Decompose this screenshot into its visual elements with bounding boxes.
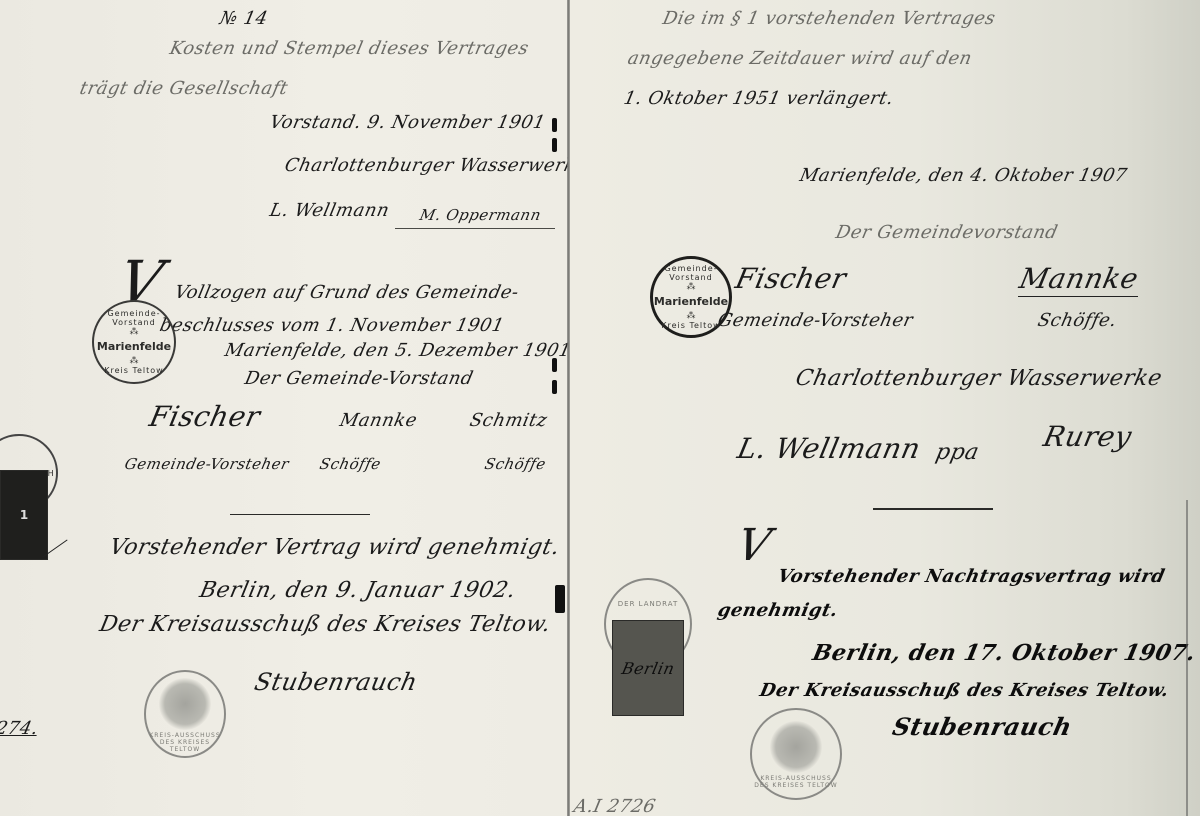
approval-line-3: Berlin, den 17. Oktober 1907. xyxy=(810,640,1198,666)
district-committee-seal: KREIS-AUSSCHUSS DES KREISES TELTOW xyxy=(750,708,842,800)
approval-signature: Stubenrauch xyxy=(252,668,420,696)
eagle-emblem-icon xyxy=(770,721,822,773)
section-divider xyxy=(230,514,370,515)
extension-line-3: 1. Oktober 1951 verlängert. xyxy=(622,88,896,109)
revenue-stamp: 1 xyxy=(0,470,48,560)
binding-mark xyxy=(552,118,557,132)
right-page: Die im § 1 vorstehenden Vertrages angege… xyxy=(568,0,1200,816)
company-signature-1: L. Wellmann xyxy=(268,200,392,221)
document-number: № 14 xyxy=(218,8,270,29)
execution-line-2: beschlusses vom 1. November 1901 xyxy=(158,315,506,336)
signature-underline xyxy=(1018,296,1138,297)
council-heading: Der Gemeindevorstand xyxy=(834,222,1060,243)
margin-reference: A.I 2726 xyxy=(572,796,658,816)
company-name: Charlottenburger Wasserwerke xyxy=(283,155,589,176)
ornament-icon: ⁂ xyxy=(687,311,696,321)
company-signature-2: M. Oppermann xyxy=(418,206,543,224)
extension-line-1: Die im § 1 vorstehenden Vertrages xyxy=(661,8,998,29)
district-committee-seal: KREIS-AUSSCHUSS DES KREISES TELTOW xyxy=(144,670,226,758)
place-date: Marienfelde, den 4. Oktober 1907 xyxy=(798,165,1129,186)
left-page: № 14 Kosten und Stempel dieses Vertrages… xyxy=(0,0,568,816)
binding-mark xyxy=(552,358,557,372)
municipal-seal-marienfelde: Gemeinde-Vorstand ⁂ Marienfelde ⁂ Kreis … xyxy=(92,300,176,384)
signature-mannke: Mannke xyxy=(1016,262,1141,295)
approval-line-4: Der Kreisausschuß des Kreises Teltow. xyxy=(758,680,1171,701)
title-schoeffe: Schöffe. xyxy=(1036,310,1119,331)
approval-line-1: Vorstehender Vertrag wird genehmigt. xyxy=(107,535,562,560)
section-divider xyxy=(873,508,993,510)
revenue-stamp: Berlin xyxy=(612,620,684,716)
binding-mark xyxy=(552,380,557,394)
company-signature-wellmann: L. Wellmann xyxy=(734,432,923,465)
place-date: Vorstand. 9. November 1901 xyxy=(268,112,548,133)
signature-underline xyxy=(395,228,555,229)
title-vorsteher: Gemeinde-Vorsteher xyxy=(716,310,915,331)
binding-mark xyxy=(552,138,557,152)
book-gutter xyxy=(567,0,570,816)
company-signature-ppa: ppa xyxy=(933,440,981,465)
costs-note-line-1: Kosten und Stempel dieses Vertrages xyxy=(168,38,531,59)
execution-line-3: Marienfelde, den 5. Dezember 1901 xyxy=(223,340,573,361)
costs-note-line-2: trägt die Gesellschaft xyxy=(78,78,290,99)
execution-line-1: Vollzogen auf Grund des Gemeinde- xyxy=(173,282,521,303)
signature-fischer: Fischer xyxy=(146,400,263,433)
ornament-icon: ⁂ xyxy=(130,327,139,337)
execution-line-4: Der Gemeinde-Vorstand xyxy=(243,368,476,389)
signature-fischer: Fischer xyxy=(732,262,849,295)
approval-signature: Stubenrauch xyxy=(890,712,1075,741)
signature-mannke: Mannke xyxy=(338,410,419,431)
title-schoeffe-1: Schöffe xyxy=(318,455,383,473)
approval-line-1: Vorstehender Nachtragsvertrag wird xyxy=(776,566,1167,587)
ornament-icon: ⁂ xyxy=(130,356,139,366)
approval-line-2: Berlin, den 9. Januar 1902. xyxy=(197,578,518,603)
signature-schmitz: Schmitz xyxy=(468,410,550,431)
margin-reference: 274. xyxy=(0,718,40,739)
eagle-emblem-icon xyxy=(159,678,211,730)
approval-line-2: genehmigt. xyxy=(716,600,840,621)
title-schoeffe-2: Schöffe xyxy=(483,455,548,473)
approval-line-3: Der Kreisausschuß des Kreises Teltow. xyxy=(97,612,553,637)
company-name: Charlottenburger Wasserwerke xyxy=(793,366,1164,391)
ornament-icon: ⁂ xyxy=(687,282,696,292)
company-signature-rurey: Rurey xyxy=(1040,420,1134,453)
flourish-v-icon: V xyxy=(733,520,776,571)
extension-line-2: angegebene Zeitdauer wird auf den xyxy=(626,48,974,69)
page-edge xyxy=(1186,500,1188,816)
binding-mark xyxy=(555,585,565,613)
title-vorsteher: Gemeinde-Vorsteher xyxy=(123,455,291,473)
